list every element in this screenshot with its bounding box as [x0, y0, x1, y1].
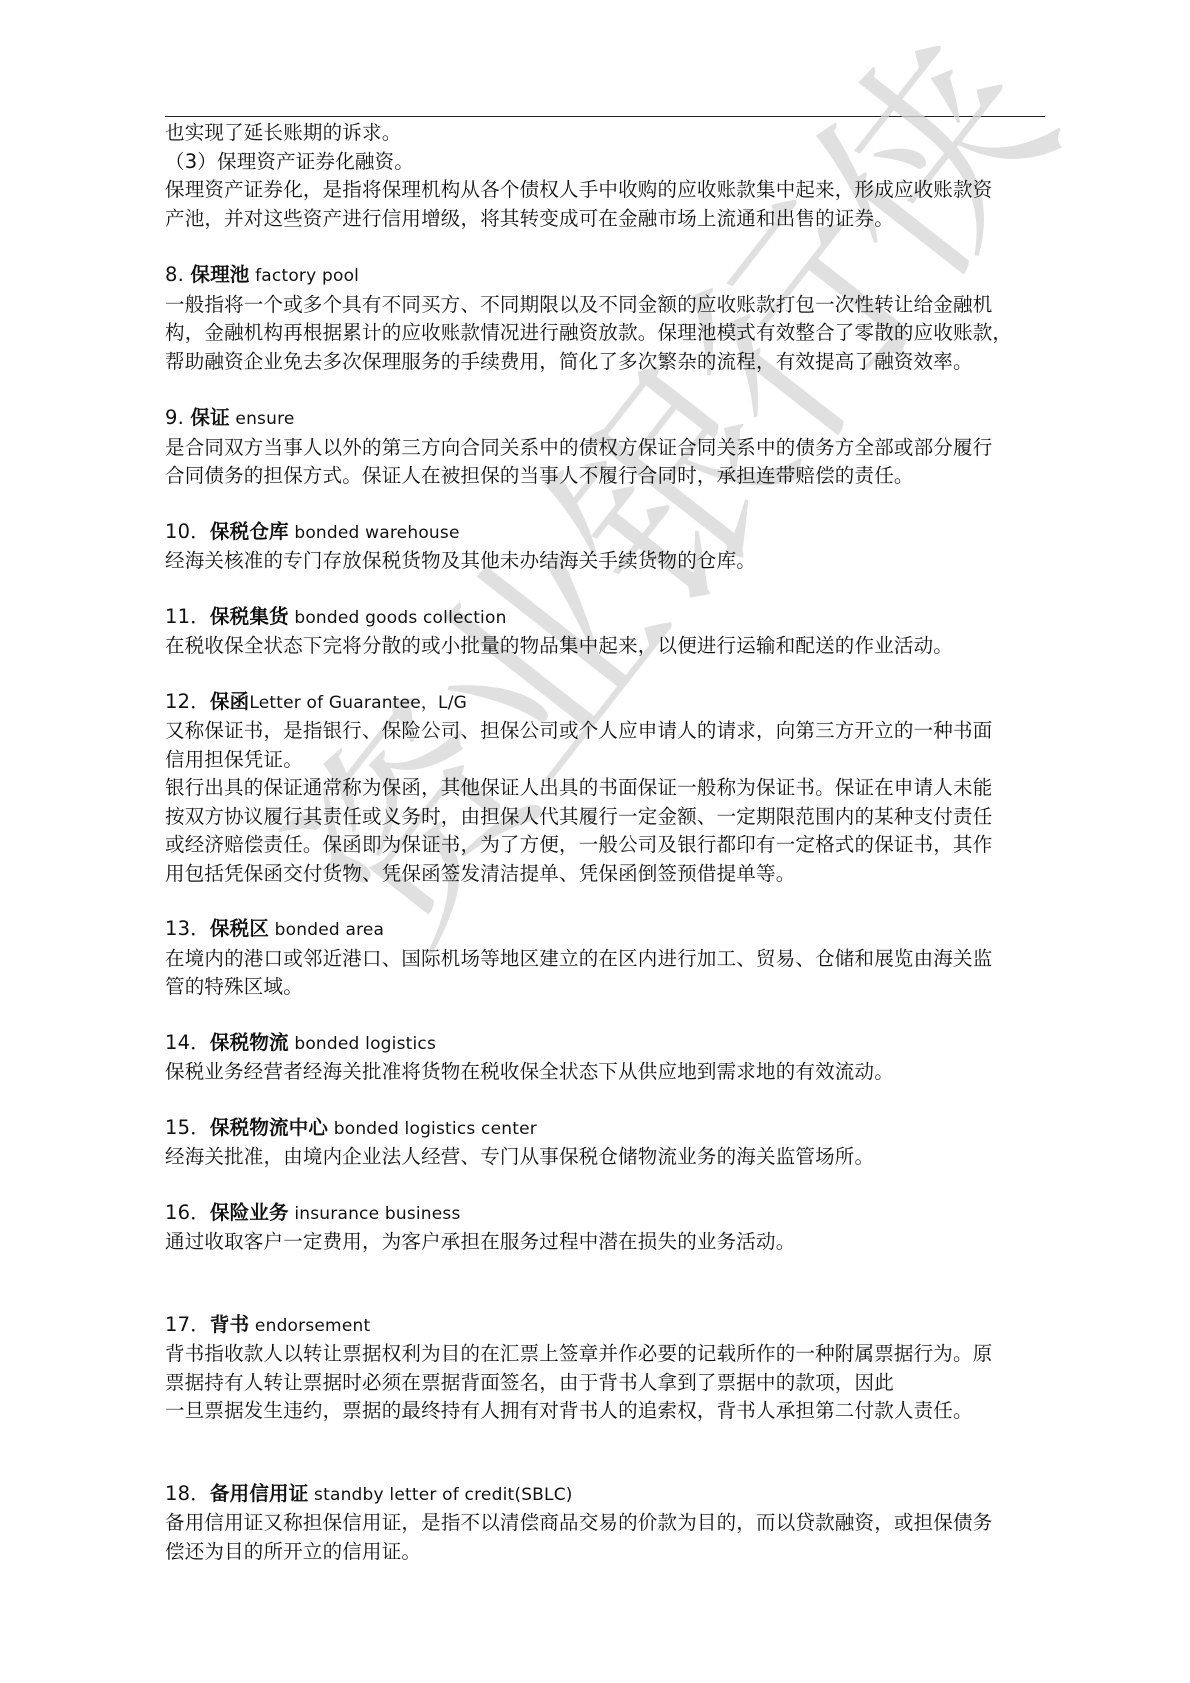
term-definition-line: 管的特殊区域。	[165, 973, 1045, 1002]
term-title-zh: 保税集货	[210, 605, 289, 628]
paragraph-line: 保理资产证券化，是指将保理机构从各个债权人手中收购的应收账款集中起来，形成应收账…	[165, 176, 1045, 205]
term-title-en: bonded logistics	[289, 1034, 436, 1054]
term-definition-line: 是合同双方当事人以外的第三方向合同关系中的债权方保证合同关系中的债务方全部或部分…	[165, 434, 1045, 463]
term-number: 8.	[165, 263, 190, 286]
term-heading: 15．保税物流中心 bonded logistics center	[165, 1114, 1045, 1144]
term-number: 15．	[165, 1116, 210, 1139]
term-heading: 18．备用信用证 standby letter of credit(SBLC)	[165, 1480, 1045, 1510]
term-definition-line: 一般指将一个或多个具有不同买方、不同期限以及不同金额的应收账款打包一次性转让给金…	[165, 291, 1045, 320]
term-definition-line: 用包括凭保函交付货物、凭保函签发清洁提单、凭保函倒签预借提单等。	[165, 860, 1045, 889]
term-definition-line: 按双方协议履行其责任或义务时，由担保人代其履行一定金额、一定期限范围内的某种支付…	[165, 803, 1045, 832]
paragraph-line: （3）保理资产证券化融资。	[165, 148, 1045, 177]
term-definition-line: 又称保证书，是指银行、保险公司、担保公司或个人应申请人的请求，向第三方开立的一种…	[165, 717, 1045, 746]
term-title-en: bonded area	[269, 920, 384, 940]
term-title-zh: 背书	[210, 1313, 249, 1336]
paragraph-line: 产池，并对这些资产进行信用增级，将其转变成可在金融市场上流通和出售的证券。	[165, 205, 1045, 234]
term-definition-line: 或经济赔偿责任。保函即为保证书，为了方便，一般公司及银行都印有一定格式的保证书，…	[165, 831, 1045, 860]
term-title-en: endorsement	[249, 1316, 370, 1336]
term-number: 18．	[165, 1482, 210, 1505]
term-title-zh: 保税区	[210, 917, 269, 940]
paragraph-line: 也实现了延长账期的诉求。	[165, 119, 1045, 148]
term-title-en: bonded logistics center	[328, 1119, 537, 1139]
term-heading: 17．背书 endorsement	[165, 1311, 1045, 1341]
term-heading: 8. 保理池 factory pool	[165, 261, 1045, 291]
term-number: 14．	[165, 1031, 210, 1054]
term-number: 12．	[165, 690, 210, 713]
header-rule	[165, 116, 1045, 117]
term-number: 10．	[165, 520, 210, 543]
term-definition-line: 保税业务经营者经海关批准将货物在税收保全状态下从供应地到需求地的有效流动。	[165, 1058, 1045, 1087]
term-number: 16．	[165, 1201, 210, 1224]
term-definition-line: 在税收保全状态下完将分散的或小批量的物品集中起来，以便进行运输和配送的作业活动。	[165, 632, 1045, 661]
term-definition-line: 在境内的港口或邻近港口、国际机场等地区建立的在区内进行加工、贸易、仓储和展览由海…	[165, 945, 1045, 974]
document-body: 也实现了延长账期的诉求。 （3）保理资产证券化融资。 保理资产证券化，是指将保理…	[165, 119, 1045, 1566]
term-definition-line: 通过收取客户一定费用，为客户承担在服务过程中潜在损失的业务活动。	[165, 1228, 1045, 1257]
term-definition-line: 信用担保凭证。	[165, 746, 1045, 775]
document-page: 资业银行侠 也实现了延长账期的诉求。 （3）保理资产证券化融资。 保理资产证券化…	[0, 0, 1190, 1683]
term-title-zh: 保税仓库	[210, 520, 289, 543]
term-title-en: Letter of Guarantee，L/G	[249, 693, 467, 713]
term-title-en: bonded warehouse	[289, 523, 460, 543]
term-definition-line: 票据持有人转让票据时必须在票据背面签名，由于背书人拿到了票据中的款项，因此	[165, 1369, 1045, 1398]
term-definition-line: 经海关批准，由境内企业法人经营、专门从事保税仓储物流业务的海关监管场所。	[165, 1143, 1045, 1172]
term-title-en: factory pool	[250, 266, 360, 286]
term-title-zh: 保证	[190, 406, 229, 429]
term-heading: 10．保税仓库 bonded warehouse	[165, 518, 1045, 548]
term-title-zh: 保函	[210, 690, 249, 713]
term-heading: 11．保税集货 bonded goods collection	[165, 603, 1045, 633]
term-title-en: standby letter of credit(SBLC)	[308, 1485, 572, 1505]
term-number: 17．	[165, 1313, 210, 1336]
term-heading: 12．保函Letter of Guarantee，L/G	[165, 688, 1045, 718]
term-definition-line: 备用信用证又称担保信用证，是指不以清偿商品交易的价款为目的，而以贷款融资，或担保…	[165, 1509, 1045, 1538]
term-heading: 13．保税区 bonded area	[165, 915, 1045, 945]
term-number: 13．	[165, 917, 210, 940]
term-definition-line: 合同债务的担保方式。保证人在被担保的当事人不履行合同时，承担连带赔偿的责任。	[165, 462, 1045, 491]
term-title-en: insurance business	[289, 1204, 461, 1224]
term-definition-line: 银行出具的保证通常称为保函，其他保证人出具的书面保证一般称为保证书。保证在申请人…	[165, 774, 1045, 803]
term-number: 11．	[165, 605, 210, 628]
term-definition-line: 一旦票据发生违约，票据的最终持有人拥有对背书人的追索权，背书人承担第二付款人责任…	[165, 1397, 1045, 1426]
term-definition-line: 偿还为目的所开立的信用证。	[165, 1538, 1045, 1567]
term-heading: 16．保险业务 insurance business	[165, 1199, 1045, 1229]
term-title-zh: 保税物流中心	[210, 1116, 328, 1139]
term-title-zh: 备用信用证	[210, 1482, 309, 1505]
term-definition-line: 经海关核准的专门存放保税货物及其他未办结海关手续货物的仓库。	[165, 547, 1045, 576]
term-title-zh: 保税物流	[210, 1031, 289, 1054]
term-definition-line: 构，金融机构再根据累计的应收账款情况进行融资放款。保理池模式有效整合了零散的应收…	[165, 319, 1045, 348]
term-title-zh: 保理池	[190, 263, 249, 286]
term-heading: 14．保税物流 bonded logistics	[165, 1029, 1045, 1059]
term-definition-line: 背书指收款人以转让票据权利为目的在汇票上签章并作必要的记载所作的一种附属票据行为…	[165, 1340, 1045, 1369]
term-title-en: ensure	[230, 409, 295, 429]
term-heading: 9. 保证 ensure	[165, 404, 1045, 434]
term-title-en: bonded goods collection	[289, 608, 507, 628]
term-number: 9.	[165, 406, 190, 429]
term-title-zh: 保险业务	[210, 1201, 289, 1224]
term-definition-line: 帮助融资企业免去多次保理服务的手续费用，简化了多次繁杂的流程，有效提高了融资效率…	[165, 348, 1045, 377]
